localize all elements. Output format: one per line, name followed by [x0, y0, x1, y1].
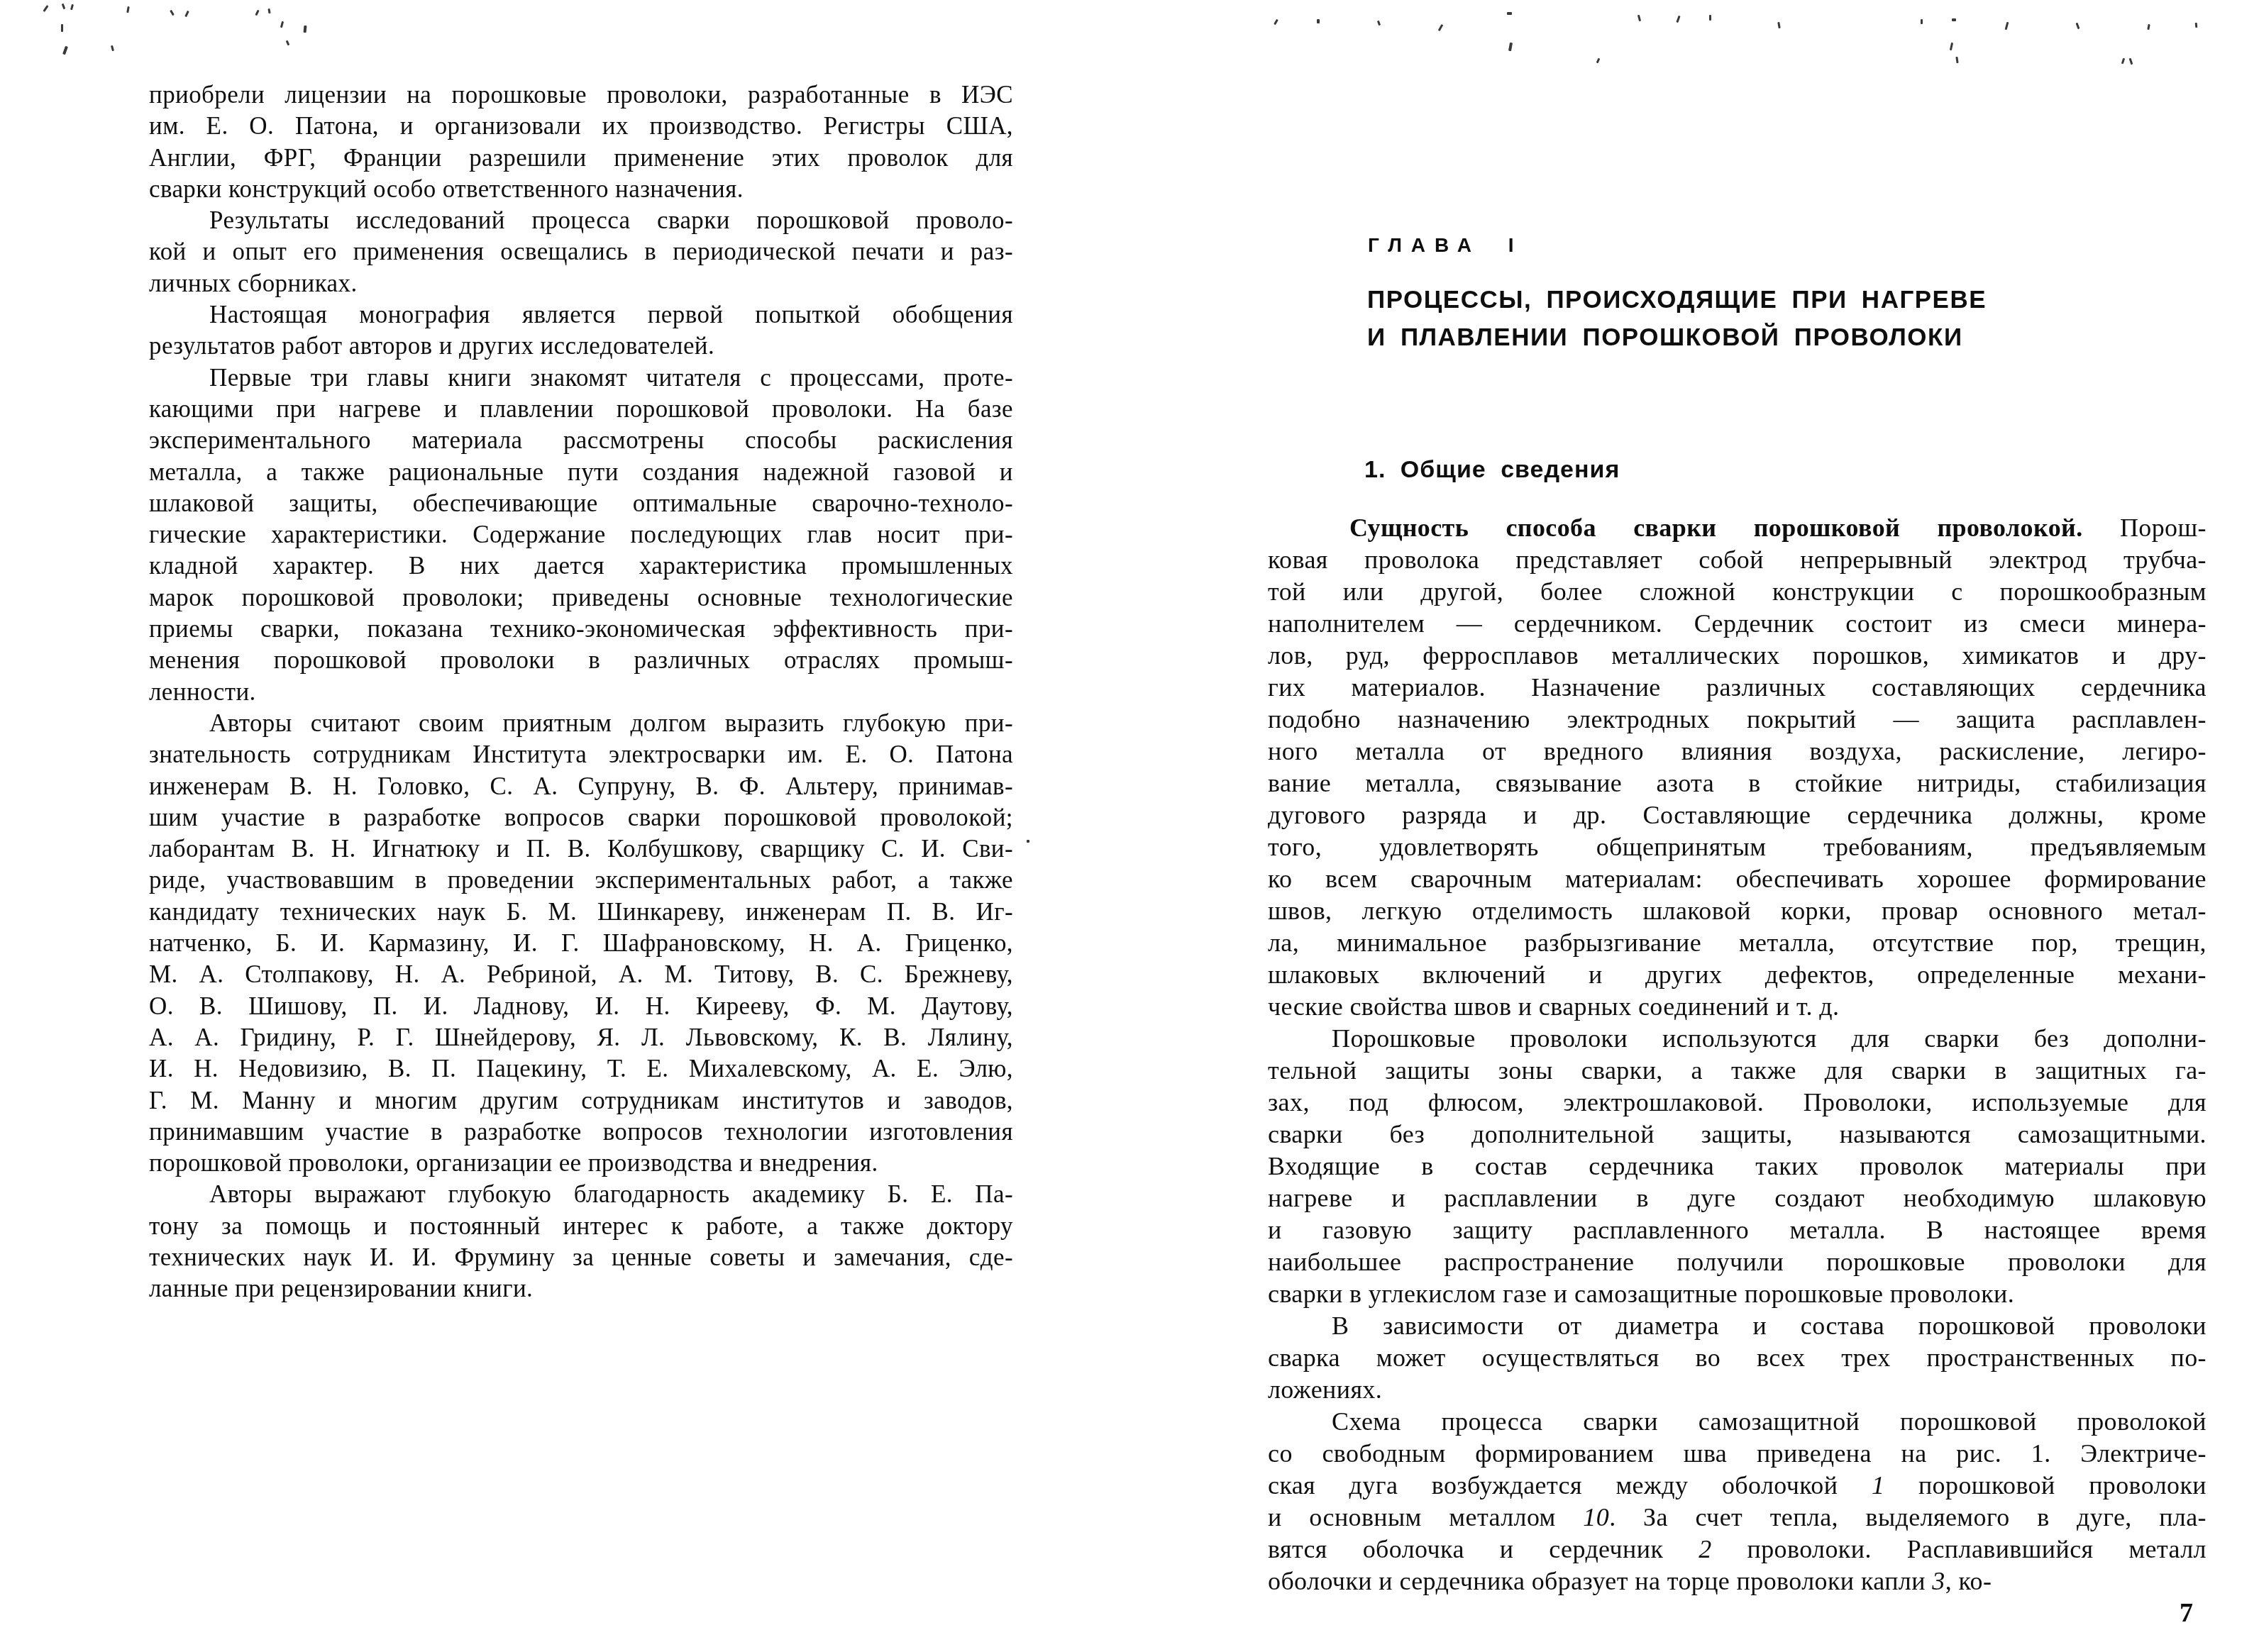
text-line: В зависимости от диаметра и состава поро…	[1268, 1310, 2206, 1342]
text-line: кандидату технических наук Б. М. Шинкаре…	[149, 897, 1013, 928]
text-line: им. Е. О. Патона, и организовали их прои…	[149, 111, 1013, 142]
text-line: порошковой проволоки, организации ее про…	[149, 1148, 1013, 1179]
left-page-text-column: приобрели лицензии на порошковые проволо…	[149, 79, 1013, 1305]
text-line: экспериментального материала рассмотрены…	[149, 425, 1013, 456]
text-line: металла, а также рациональные пути созда…	[149, 457, 1013, 488]
paragraph: Сущность способа сварки порошковой прово…	[1268, 512, 2206, 1023]
text-line: результатов работ авторов и других иссле…	[149, 331, 1013, 362]
scan-speck	[61, 24, 63, 32]
text-line: Сущность способа сварки порошковой прово…	[1268, 512, 2206, 544]
text-line: наибольшее распространение получили поро…	[1268, 1246, 2206, 1278]
scan-speck	[2121, 58, 2125, 65]
text-line: вание металла, связывание азота в стойки…	[1268, 767, 2206, 799]
scan-speck	[286, 40, 290, 46]
scan-speck	[1952, 18, 1956, 21]
text-line: гические характеристики. Содержание посл…	[149, 519, 1013, 550]
text-line: вятся оболочка и сердечник 2 проволоки. …	[1268, 1534, 2206, 1565]
text-line: Авторы выражают глубокую благодарность а…	[149, 1179, 1013, 1210]
text-line: марок порошковой проволоки; приведены ос…	[149, 582, 1013, 614]
text-line: Порошковые проволоки используются для св…	[1268, 1023, 2206, 1055]
paragraph: приобрели лицензии на порошковые проволо…	[149, 79, 1013, 205]
text-line: ленности.	[149, 677, 1013, 708]
text-line: А. А. Гридину, Р. Г. Шнейдерову, Я. Л. Л…	[149, 1022, 1013, 1053]
text-line: наполнителем — сердечником. Сердечник со…	[1268, 608, 2206, 640]
text-line: швов, легкую отделимость шлаковой корки,…	[1268, 895, 2206, 927]
text-line: оболочки и сердечника образует на торце …	[1268, 1565, 2206, 1597]
chapter-title-line: И ПЛАВЛЕНИИ ПОРОШКОВОЙ ПРОВОЛОКИ	[1367, 318, 2259, 356]
text-line: ланные при рецензировании книги.	[149, 1273, 1013, 1304]
text-line: кающими при нагреве и плавлении порошков…	[149, 394, 1013, 425]
text-line: приемы сварки, показана технико-экономич…	[149, 614, 1013, 645]
paragraph: Результаты исследований процесса сварки …	[149, 205, 1013, 299]
scan-speck	[1508, 43, 1513, 52]
text-line: личных сборниках.	[149, 268, 1013, 299]
paragraph: Авторы выражают глубокую благодарность а…	[149, 1179, 1013, 1304]
text-line: Г. М. Манну и многим другим сотрудникам …	[149, 1085, 1013, 1116]
scan-speck	[62, 4, 66, 10]
text-line: Входящие в состав сердечника таких прово…	[1268, 1151, 2206, 1182]
text-line: кой и опыт его применения освещались в п…	[149, 236, 1013, 267]
text-line: натченко, Б. И. Кармазину, И. Г. Шафрано…	[149, 928, 1013, 959]
paragraph: Первые три главы книги знакомят читателя…	[149, 362, 1013, 708]
scan-speck	[1274, 19, 1278, 25]
text-line: шим участие в разработке вопросов сварки…	[149, 802, 1013, 833]
scan-speck	[1709, 15, 1711, 21]
text-line: менения порошковой проволоки в различных…	[149, 645, 1013, 676]
scan-speck	[267, 9, 270, 13]
chapter-title-line: ПРОЦЕССЫ, ПРОИСХОДЯЩИЕ ПРИ НАГРЕВЕ	[1367, 281, 2259, 318]
scan-speck	[280, 21, 284, 28]
text-line: принимавшим участие в разработке вопросо…	[149, 1116, 1013, 1148]
text-line: гих материалов. Назначение различных сос…	[1268, 672, 2206, 704]
text-line: Схема процесса сварки самозащитной порош…	[1268, 1406, 2206, 1438]
text-line: технических наук И. И. Фрумину за ценные…	[149, 1242, 1013, 1273]
scan-speck	[1921, 19, 1923, 24]
text-line: ложениях.	[1268, 1374, 2206, 1406]
chapter-label: ГЛАВА I	[1368, 234, 1523, 257]
scan-speck	[2129, 58, 2133, 65]
scan-speck	[1596, 58, 1601, 64]
text-line: И. Н. Недовизию, В. П. Пацекину, Т. Е. М…	[149, 1053, 1013, 1085]
text-line: нагреве и расплавлении в дуге создают не…	[1268, 1182, 2206, 1214]
text-line: риде, участвовавшим в проведении экспери…	[149, 865, 1013, 896]
paragraph: Порошковые проволоки используются для св…	[1268, 1023, 2206, 1310]
right-page-text-column: Сущность способа сварки порошковой прово…	[1268, 512, 2206, 1597]
text-line: Авторы считают своим приятным долгом выр…	[149, 708, 1013, 739]
text-line: ла, минимальное разбрызгивание металла, …	[1268, 927, 2206, 959]
text-line: со свободным формированием шва приведена…	[1268, 1438, 2206, 1470]
text-line: зах, под флюсом, электрошлаковой. Провол…	[1268, 1087, 2206, 1119]
scan-speck	[184, 11, 189, 17]
text-line: сварки без дополнительной защиты, называ…	[1268, 1119, 2206, 1151]
text-line: и газовую защиту расплавленного металла.…	[1268, 1214, 2206, 1246]
text-line: сварки конструкций особо ответственного …	[149, 174, 1013, 205]
text-line: Первые три главы книги знакомят читателя…	[149, 362, 1013, 394]
text-line: ская дуга возбуждается между оболочкой 1…	[1268, 1470, 2206, 1502]
scan-speck	[126, 6, 130, 13]
page-number: 7	[2180, 1597, 2193, 1629]
scan-speck	[1676, 16, 1680, 23]
text-line: тельной защиты зоны сварки, а также для …	[1268, 1055, 2206, 1087]
text-line: ного металла от вредного влияния воздуха…	[1268, 736, 2206, 767]
text-line: М. А. Столпакову, Н. А. Ребриной, А. М. …	[149, 959, 1013, 990]
text-line: О. В. Шишову, П. И. Ладнову, И. Н. Кирее…	[149, 991, 1013, 1022]
text-line: кладной характер. В них дается характери…	[149, 550, 1013, 582]
text-line: подобно назначению электродных покрытий …	[1268, 704, 2206, 736]
text-line: ковая проволока представляет собой непре…	[1268, 544, 2206, 576]
scan-speck	[70, 4, 74, 11]
text-line: тону за помощь и постоянный интерес к ра…	[149, 1211, 1013, 1242]
text-line: ко всем сварочным материалам: обеспечива…	[1268, 863, 2206, 895]
text-line: сварки в углекислом газе и самозащитные …	[1268, 1278, 2206, 1310]
scan-speck	[1637, 15, 1641, 21]
text-line: инженерам В. Н. Головко, С. А. Супруну, …	[149, 771, 1013, 802]
chapter-title: ПРОЦЕССЫ, ПРОИСХОДЯЩИЕ ПРИ НАГРЕВЕИ ПЛАВ…	[1367, 281, 2259, 356]
text-line: знательность сотрудникам Института элект…	[149, 739, 1013, 770]
text-line: шлаковой защиты, обеспечивающие оптималь…	[149, 488, 1013, 519]
text-line: сварка может осуществляться во всех трех…	[1268, 1342, 2206, 1374]
paragraph: Авторы считают своим приятным долгом выр…	[149, 708, 1013, 1179]
text-line: приобрели лицензии на порошковые проволо…	[149, 79, 1013, 111]
paragraph: В зависимости от диаметра и состава поро…	[1268, 1310, 2206, 1406]
scan-speck	[1955, 57, 1958, 63]
scan-speck	[1777, 22, 1781, 28]
text-line: Результаты исследований процесса сварки …	[149, 205, 1013, 236]
scan-speck	[304, 26, 307, 33]
scan-speck	[1000, 663, 1003, 665]
paragraph: Настоящая монография является первой поп…	[149, 299, 1013, 362]
scan-speck	[170, 10, 175, 16]
scan-speck	[1438, 24, 1444, 31]
text-line: лов, руд, ферросплавов металлических пор…	[1268, 640, 2206, 672]
paragraph: Схема процесса сварки самозащитной порош…	[1268, 1406, 2206, 1597]
text-line: Англии, ФРГ, Франции разрешили применени…	[149, 143, 1013, 174]
text-line: и основным металлом 10. За счет тепла, в…	[1268, 1502, 2206, 1534]
text-line: лаборантам В. Н. Игнатюку и П. В. Колбуш…	[149, 833, 1013, 865]
text-line: ческие свойства швов и сварных соединени…	[1268, 991, 2206, 1023]
scan-speck	[1950, 43, 1953, 50]
text-line: той или другой, более сложной конструкци…	[1268, 576, 2206, 608]
text-line: дугового разряда и др. Составляющие серд…	[1268, 799, 2206, 831]
scan-speck	[62, 46, 68, 55]
scan-speck	[1027, 840, 1029, 843]
text-line: того, удовлетворять общепринятым требова…	[1268, 831, 2206, 863]
text-line: Настоящая монография является первой поп…	[149, 299, 1013, 331]
text-line: шлаковых включений и других дефектов, оп…	[1268, 959, 2206, 991]
scan-speck	[1507, 12, 1512, 15]
section-heading: 1. Общие сведения	[1364, 456, 1620, 484]
scan-speck	[2005, 22, 2009, 30]
scan-speck	[43, 5, 48, 12]
scan-speck	[111, 45, 114, 52]
scan-speck	[1317, 19, 1320, 23]
book-spread: приобрели лицензии на порошковые проволо…	[0, 0, 2259, 1652]
scan-speck	[1377, 21, 1381, 26]
scan-speck	[2195, 23, 2198, 28]
scan-speck	[2076, 23, 2080, 29]
scan-speck	[255, 10, 259, 16]
scan-speck	[2147, 24, 2150, 30]
